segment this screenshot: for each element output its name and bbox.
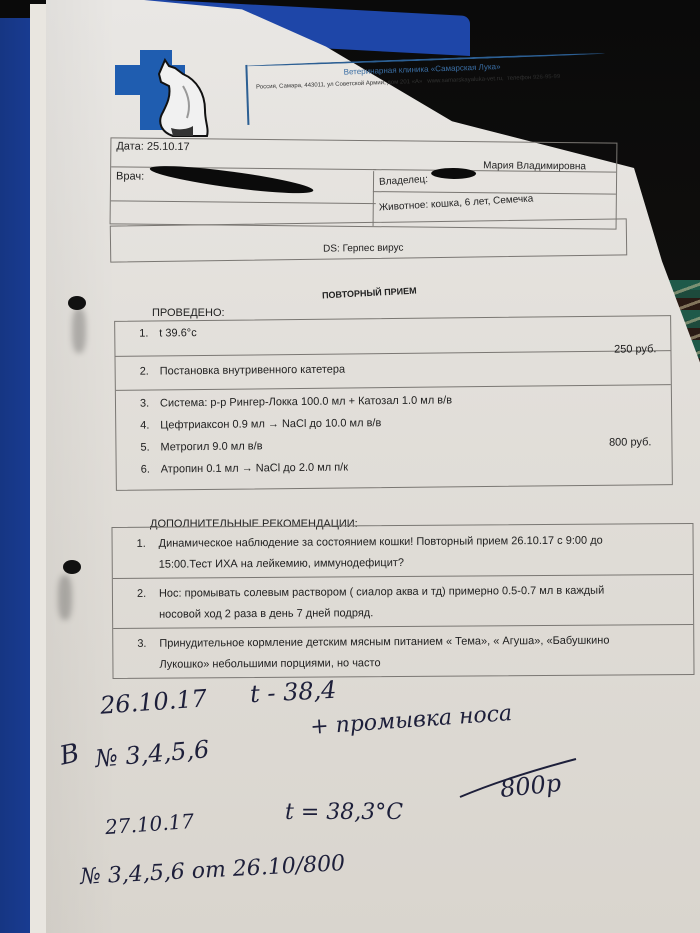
- recommendation-number: 1.: [137, 534, 146, 555]
- hw-entry2-temp: t = 38,3°C: [285, 800, 403, 825]
- document-content: Ветеринарная клиника «Самарская Лука» Ро…: [0, 0, 700, 933]
- hw-entry2-date: 27.10.17: [104, 809, 195, 839]
- letterhead-vline: [245, 65, 249, 125]
- procedure-text: Метрогил 9.0 мл в/в: [160, 440, 262, 453]
- clinic-logo: [115, 50, 210, 140]
- date-value: 25.10.17: [147, 141, 190, 153]
- animal-label: Животное:: [379, 200, 429, 214]
- recommendation-line: Динамическое наблюдение за состоянием ко…: [159, 531, 603, 555]
- procedure-item: 2.Постановка внутривенного катетера: [140, 364, 346, 378]
- clinic-phone-label: телефон: [507, 75, 531, 82]
- divider: [115, 350, 670, 357]
- procedure-text: Постановка внутривенного катетера: [160, 364, 346, 378]
- procedure-item: 1.t 39.6°c: [139, 327, 197, 340]
- animal-value: кошка, 6 лет, Семечка: [431, 193, 534, 210]
- recommendation-line: Принудительное кормление детским мясным …: [159, 631, 609, 655]
- date-field: Дата: 25.10.17: [116, 140, 189, 153]
- doctor-label: Врач:: [116, 170, 144, 182]
- owner-surname-redacted: [431, 168, 476, 179]
- divider: [116, 384, 671, 391]
- recommendation-line: Нос: промывать солевым раствором ( сиало…: [159, 581, 604, 605]
- procedure-number: 4.: [140, 419, 160, 431]
- clinic-website: www.samarskayaluka-vet.ru,: [427, 76, 504, 85]
- doctor-redacted: [149, 161, 315, 199]
- procedure-number: 3.: [140, 397, 160, 409]
- recommendation-item: 3.Принудительное кормление детским мясны…: [137, 631, 609, 676]
- diagnosis: DS: Герпес вирус: [323, 243, 403, 255]
- divider: [111, 200, 376, 204]
- recommendation-item: 1.Динамическое наблюдение за состоянием …: [137, 531, 603, 576]
- clinic-name: Ветеринарная клиника «Самарская Лука»: [343, 62, 500, 76]
- hw-entry1-temp: t - 38,4: [249, 676, 337, 708]
- procedures-heading: ПРОВЕДЕНО:: [152, 307, 225, 319]
- date-label: Дата:: [116, 140, 144, 152]
- procedure-text: Система: р-р Рингер-Локка 100.0 мл + Кат…: [160, 394, 452, 409]
- procedure-text: Цефтриаксон 0.9 мл → NaCl до 10.0 мл в/в: [160, 417, 381, 431]
- diagnosis-value: Герпес вирус: [342, 243, 403, 255]
- procedure-number: 5.: [140, 441, 160, 453]
- animal-field: Животное: кошка, 6 лет, Семечка: [379, 193, 534, 213]
- binder-hole-top: [68, 296, 86, 310]
- recommendation-line: Лукошко» небольшими порциями, но часто: [159, 652, 609, 676]
- procedures-table: 1.t 39.6°c2.Постановка внутривенного кат…: [114, 315, 673, 491]
- diagnosis-box: DS: Герпес вирус: [110, 218, 627, 262]
- procedure-text: Атропин 0.1 мл → NaCl до 2.0 мл п/к: [161, 461, 348, 475]
- price-800: 800 руб.: [609, 436, 652, 448]
- recommendation-line: носовой ход 2 раза в день 7 дней подряд.: [159, 602, 604, 626]
- recommendation-number: 2.: [137, 584, 146, 605]
- procedure-text: t 39.6°c: [159, 327, 197, 339]
- divider: [373, 191, 616, 195]
- hole-shadow: [58, 575, 72, 620]
- patient-info-box: Дата: 25.10.17 Врач: Владелец: Мария Вла…: [110, 137, 618, 229]
- owner-label: Владелец:: [379, 174, 429, 188]
- procedure-number: 1.: [139, 327, 159, 339]
- hw-entry1-date: 26.10.17: [99, 684, 208, 719]
- binder-hole-bottom: [63, 560, 81, 574]
- recommendation-item: 2.Нос: промывать солевым раствором ( сиа…: [137, 581, 605, 626]
- recommendation-line: 15:00.Тест ИХА на лейкемию, иммунодефици…: [159, 552, 603, 576]
- procedure-item: 5.Метрогил 9.0 мл в/в: [140, 440, 262, 453]
- recommendations-table: 1.Динамическое наблюдение за состоянием …: [111, 523, 694, 679]
- clinic-contacts: Россия, Самара, 443011, ул Советской Арм…: [256, 74, 560, 91]
- procedure-number: 2.: [140, 365, 160, 377]
- recommendation-number: 3.: [137, 634, 146, 655]
- cat-icon: [153, 56, 211, 138]
- hole-shadow: [72, 308, 86, 353]
- hw-entry1-procs: № 3,4,5,6: [94, 735, 210, 773]
- procedure-item: 4.Цефтриаксон 0.9 мл → NaCl до 10.0 мл в…: [140, 417, 381, 432]
- procedure-number: 6.: [141, 463, 161, 475]
- clinic-address: Россия, Самара, 443011, ул Советской Арм…: [256, 79, 422, 91]
- hw-entry1-extra: + промывка носа: [309, 701, 513, 740]
- diagnosis-label: DS:: [323, 243, 340, 254]
- procedure-item: 6.Атропин 0.1 мл → NaCl до 2.0 мл п/к: [141, 461, 348, 475]
- clinic-phone: 926-95-99: [533, 74, 561, 81]
- hw-entry2-procs: № 3,4,5,6 от 26.10/800: [80, 851, 346, 890]
- procedure-item: 3.Система: р-р Рингер-Локка 100.0 мл + К…: [140, 394, 452, 409]
- owner-name: Мария Владимировна: [483, 160, 586, 172]
- price-250: 250 руб.: [614, 343, 657, 355]
- hw-entry1-mark: В: [57, 738, 82, 771]
- visit-title: ПОВТОРНЫЙ ПРИЕМ: [322, 286, 417, 301]
- divider: [373, 171, 375, 226]
- letterhead: Ветеринарная клиника «Самарская Лука» Ро…: [245, 42, 608, 135]
